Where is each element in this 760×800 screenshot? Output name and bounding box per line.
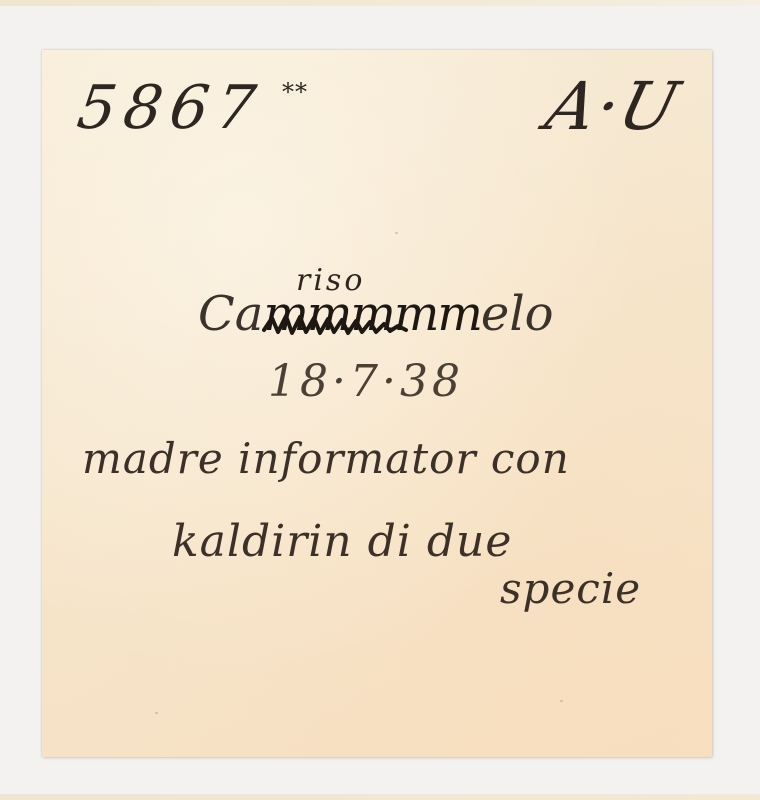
note-line-3: specie: [500, 568, 641, 610]
place-name-suffix: elo: [481, 286, 554, 342]
place-name-prefix: Ca: [198, 286, 263, 342]
paper-speck: [395, 232, 398, 234]
catalog-marks: **: [282, 80, 308, 104]
scanner-top-edge: [0, 0, 760, 6]
catalog-number: 5867: [74, 78, 267, 138]
collector-initials: A·U: [540, 74, 687, 140]
note-line-2: kaldirin di due: [172, 520, 512, 564]
scanner-bottom-edge: [0, 794, 760, 800]
paper-speck: [560, 700, 563, 702]
collection-date: 18·7·38: [268, 360, 464, 404]
note-line-1: madre informator con: [82, 438, 570, 480]
paper-speck: [155, 712, 158, 714]
strikethrough-scribble: [262, 306, 412, 342]
